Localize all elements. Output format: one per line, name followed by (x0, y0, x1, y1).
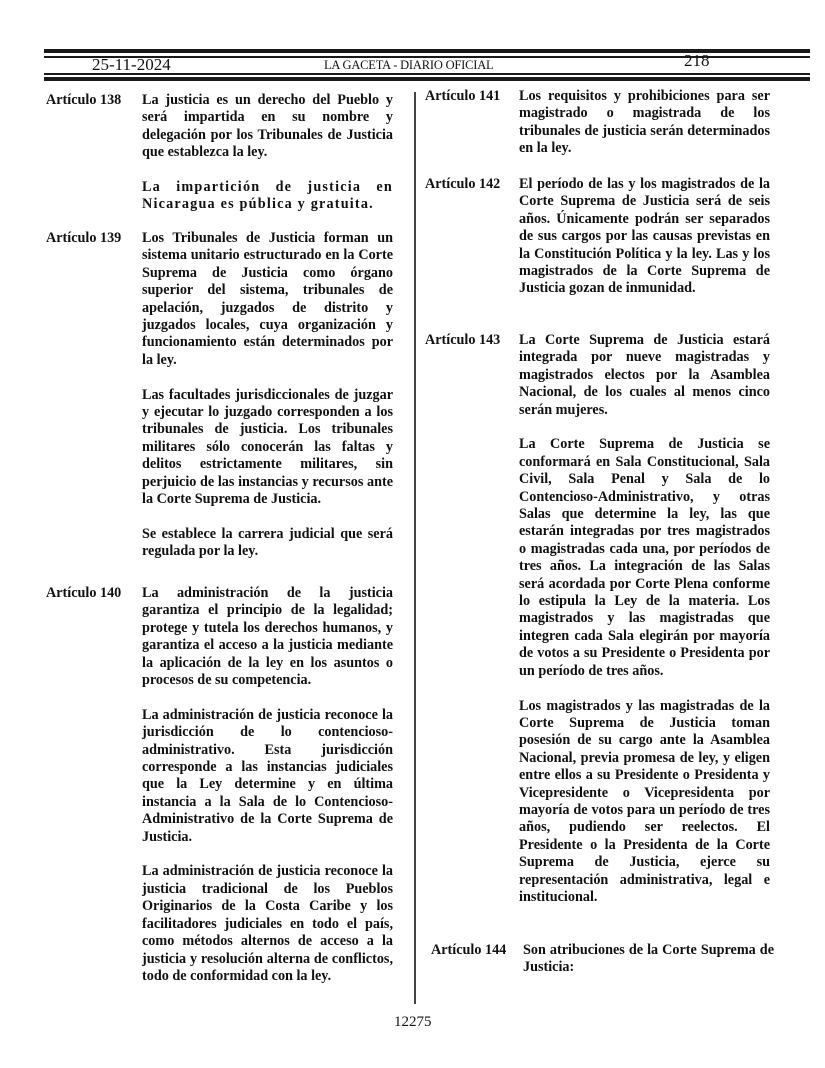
gazette-page: 25-11-2024 LA GACETA - DIARIO OFICIAL 21… (0, 0, 825, 1068)
header-publication-title: LA GACETA - DIARIO OFICIAL (324, 58, 493, 73)
footer-page-number: 12275 (394, 1014, 432, 1031)
article-paragraph: La impartición de justicia en Nicaragua … (142, 179, 393, 214)
article-paragraph: Los magistrados y las magistradas de la … (519, 698, 770, 907)
article-paragraph: La justicia es un derecho del Pueblo y s… (142, 92, 393, 162)
header-date: 25-11-2024 (92, 55, 171, 75)
article-label: Artículo 143 (425, 332, 500, 349)
article-paragraph: Se establece la carrera judicial que ser… (142, 526, 393, 561)
article-body: Los requisitos y prohibiciones para ser … (519, 88, 770, 158)
article-paragraph: Las facultades jurisdiccionales de juzga… (142, 387, 393, 509)
article-body: El período de las y los magistrados de l… (519, 176, 770, 298)
article-label: Artículo 139 (46, 230, 121, 247)
article-paragraph: Son atribuciones de la Corte Suprema de … (523, 942, 774, 977)
header-rule-bottom-thin (44, 73, 810, 75)
article-paragraph: La administración de justicia reconoce l… (142, 863, 393, 985)
article-body: La justicia es un derecho del Pueblo y s… (142, 92, 393, 214)
article-label: Artículo 141 (425, 88, 500, 105)
article-body: Son atribuciones de la Corte Suprema de … (523, 942, 774, 977)
article-label: Artículo 142 (425, 176, 500, 193)
column-divider (414, 92, 416, 1004)
header-rule-bottom-thick (44, 77, 810, 81)
article-paragraph: Los requisitos y prohibiciones para ser … (519, 88, 770, 158)
article-paragraph: La administración de justicia reconoce l… (142, 707, 393, 846)
article-paragraph: La Corte Suprema de Justicia estará inte… (519, 332, 770, 419)
article-body: Los Tribunales de Justicia forman un sis… (142, 230, 393, 561)
article-paragraph: El período de las y los magistrados de l… (519, 176, 770, 298)
header-issue-number: 218 (684, 51, 710, 71)
article-label: Artículo 144 (431, 942, 506, 959)
article-paragraph: La Corte Suprema de Justicia se conforma… (519, 436, 770, 680)
article-label: Artículo 138 (46, 92, 121, 109)
article-paragraph: La administración de la justicia garanti… (142, 585, 393, 689)
article-body: La Corte Suprema de Justicia estará inte… (519, 332, 770, 906)
article-label: Artículo 140 (46, 585, 121, 602)
article-paragraph: Los Tribunales de Justicia forman un sis… (142, 230, 393, 369)
article-body: La administración de la justicia garanti… (142, 585, 393, 985)
